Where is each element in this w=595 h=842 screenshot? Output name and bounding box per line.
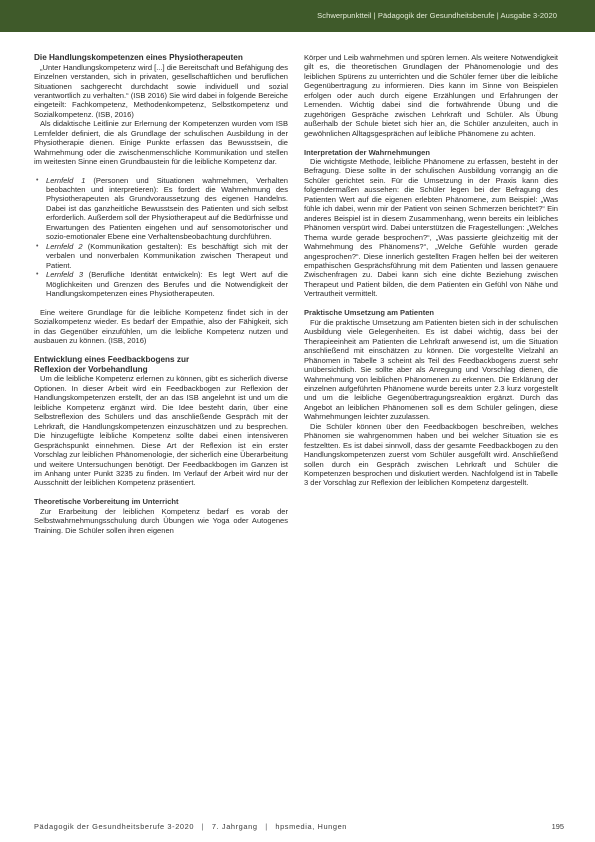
spacer bbox=[304, 299, 558, 309]
footer-separator: | bbox=[202, 822, 205, 831]
section-heading-praktische-umsetzung: Praktische Umsetzung am Patienten bbox=[304, 308, 558, 317]
praktische-umsetzung-paragraph-1: Für die praktische Umsetzung am Patiente… bbox=[304, 318, 558, 422]
spacer bbox=[34, 488, 288, 498]
lernfeld-item: Lernfeld 2 (Kommunikation gestalten): Es… bbox=[46, 242, 288, 270]
sozialkompetenz-paragraph: Eine weitere Grundlage für die leibliche… bbox=[34, 308, 288, 346]
lernfeld-text: (Berufliche Identität entwickeln): Es le… bbox=[46, 270, 288, 298]
isb-quote-paragraph: „Unter Handlungskompetenz wird [...] die… bbox=[34, 63, 288, 120]
spacer bbox=[304, 138, 558, 148]
running-header-title: Schwerpunktteil | Pädagogik der Gesundhe… bbox=[317, 11, 557, 20]
footer-journal: Pädagogik der Gesundheitsberufe 3-2020 bbox=[34, 822, 194, 831]
lernfeld-item: Lernfeld 3 (Berufliche Identität entwick… bbox=[46, 270, 288, 298]
lernfeld-text: (Personen und Situationen wahrnehmen, Ve… bbox=[46, 176, 288, 242]
footer-publisher: hpsmedia, Hungen bbox=[275, 822, 347, 831]
section-heading-theoretische-vorbereitung: Theoretische Vorbereitung im Unterricht bbox=[34, 497, 288, 506]
lernfeld-label: Lernfeld 2 bbox=[46, 242, 83, 251]
spacer bbox=[34, 346, 288, 356]
left-column: Die Handlungskompetenzen eines Physiothe… bbox=[34, 53, 288, 535]
lernfelder-list: Lernfeld 1 (Personen und Situationen wah… bbox=[34, 176, 288, 299]
section-heading-interpretation: Interpretation der Wahrnehmungen bbox=[304, 148, 558, 157]
right-column: Körper und Leib wahrnehmen und spüren le… bbox=[304, 53, 558, 488]
page-footer: Pädagogik der Gesundheitsberufe 3-2020 |… bbox=[34, 822, 564, 831]
heading-line: Entwicklung eines Feedbackbogens zur bbox=[34, 355, 189, 364]
lernfeld-label: Lernfeld 3 bbox=[46, 270, 83, 279]
heading-line: Reflexion der Vorbehandlung bbox=[34, 365, 148, 374]
praktische-umsetzung-paragraph-2: Die Schüler können über den Feedbackboge… bbox=[304, 422, 558, 488]
interpretation-paragraph: Die wichtigste Methode, leibliche Phänom… bbox=[304, 157, 558, 299]
footer-volume: 7. Jahrgang bbox=[212, 822, 258, 831]
feedbackbogen-paragraph: Um die leibliche Kompetenz erlernen zu k… bbox=[34, 374, 288, 487]
lernfeld-text: (Kommunikation gestalten): Es beschäftig… bbox=[46, 242, 288, 270]
lernfeld-label: Lernfeld 1 bbox=[46, 176, 85, 185]
lernfelder-intro-paragraph: Als didaktische Leitlinie zur Erlernung … bbox=[34, 119, 288, 166]
section-heading-handlungskompetenzen: Die Handlungskompetenzen eines Physiothe… bbox=[34, 53, 288, 63]
theoretische-vorbereitung-paragraph: Zur Erarbeitung der leiblichen Kompetenz… bbox=[34, 507, 288, 535]
lernfeld-item: Lernfeld 1 (Personen und Situationen wah… bbox=[46, 176, 288, 242]
running-header-band: Schwerpunktteil | Pädagogik der Gesundhe… bbox=[0, 0, 595, 32]
footer-separator: | bbox=[265, 822, 268, 831]
page-number: 195 bbox=[552, 822, 564, 831]
spacer bbox=[34, 298, 288, 308]
section-heading-feedbackbogen: Entwicklung eines Feedbackbogens zur Ref… bbox=[34, 355, 288, 374]
continuation-paragraph: Körper und Leib wahrnehmen und spüren le… bbox=[304, 53, 558, 138]
